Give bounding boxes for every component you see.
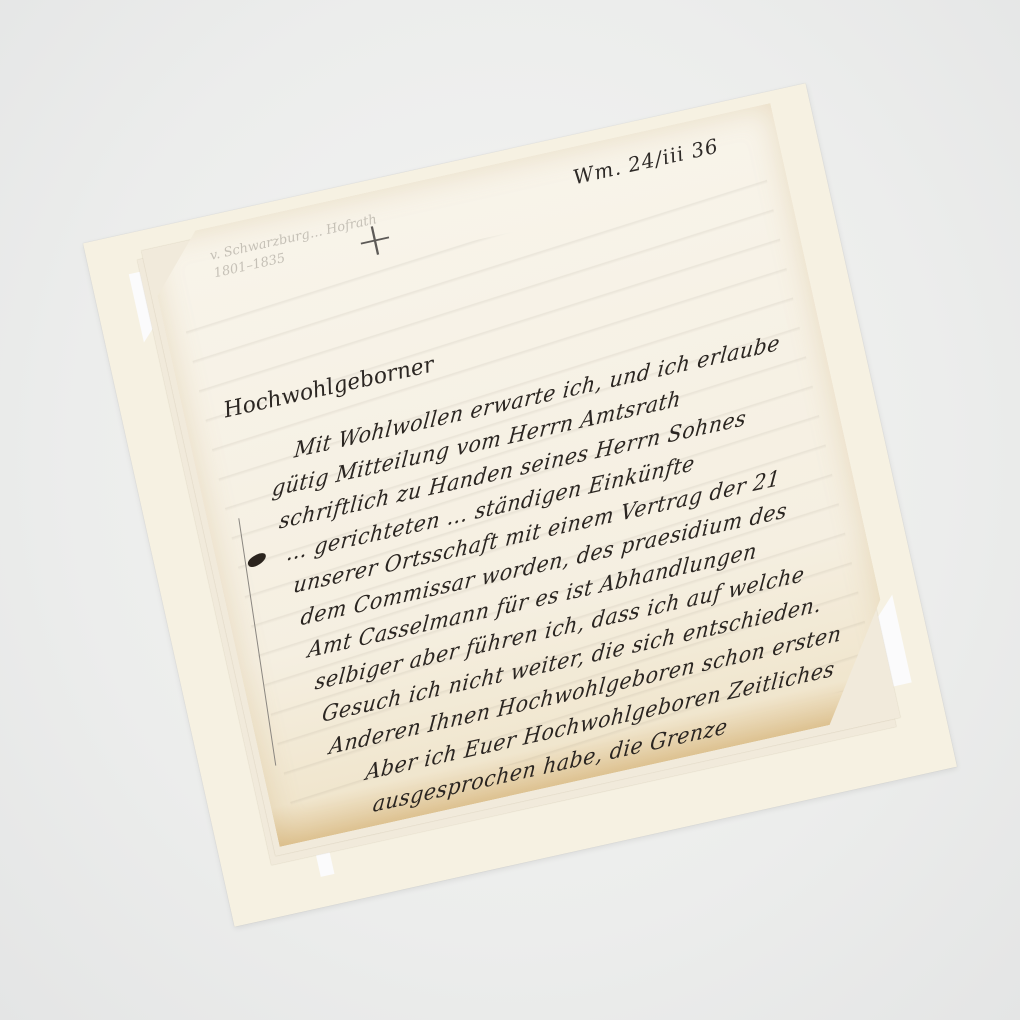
pencil-cross-mark: + xyxy=(350,208,399,269)
date-mark: Wm. 24/iii 36 xyxy=(571,134,721,190)
photo-scene: v. Schwarzburg… Hofrath 1801–1835 + Wm. … xyxy=(0,0,1020,1020)
